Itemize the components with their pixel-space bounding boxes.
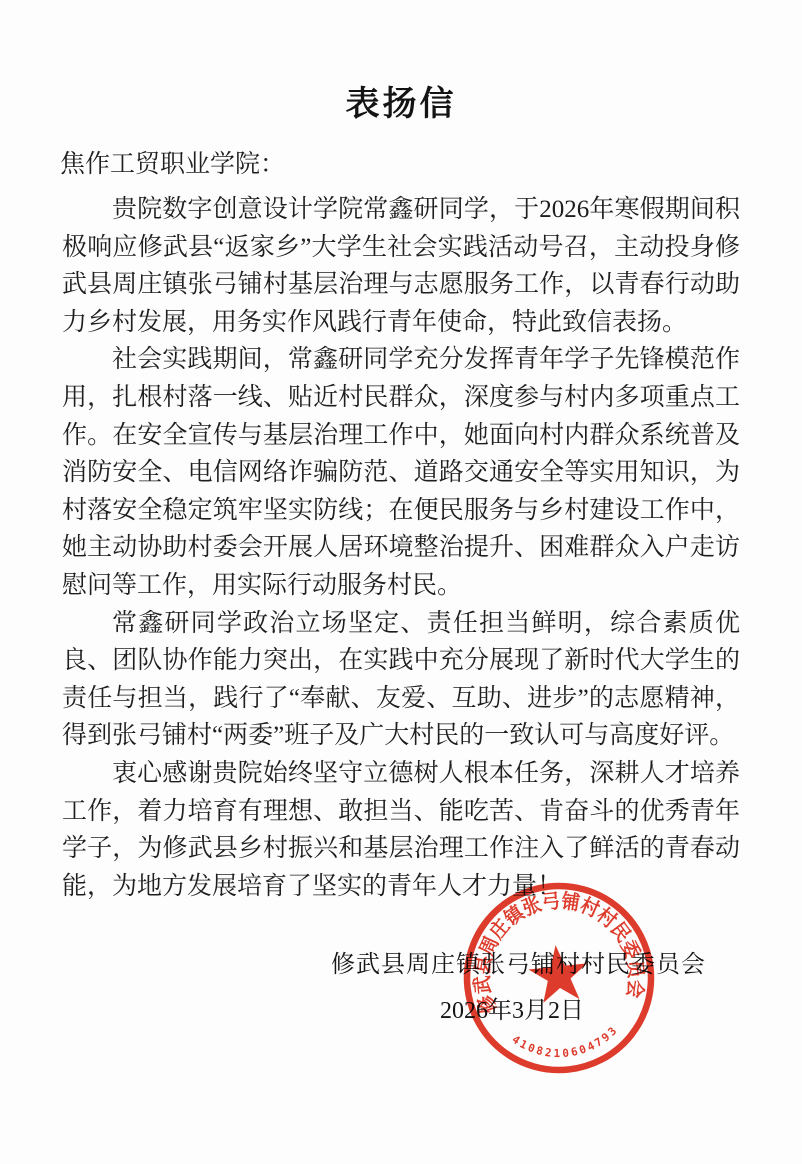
letter-title: 表扬信 (0, 0, 802, 125)
letter-paragraph: 衷心感谢贵院始终坚守立德树人根本任务，深耕人才培养工作，着力培育有理想、敢担当、… (62, 755, 740, 905)
signature-organization: 修武县周庄镇张弓铺村村民委员会 (331, 944, 706, 979)
commendation-letter-page: 表扬信 焦作工贸职业学院： 贵院数字创意设计学院常鑫研同学，于2026年寒假期间… (0, 0, 802, 1164)
letter-paragraph: 贵院数字创意设计学院常鑫研同学，于2026年寒假期间积极响应修武县“返家乡”大学… (62, 191, 740, 341)
signature-date: 2026年3月2日 (440, 990, 584, 1025)
letter-salutation: 焦作工贸职业学院： (60, 147, 742, 183)
letter-paragraph: 常鑫研同学政治立场坚定、责任担当鲜明，综合素质优良、团队协作能力突出，在实践中充… (62, 605, 740, 755)
letter-paragraph: 社会实践期间，常鑫研同学充分发挥青年学子先锋模范作用，扎根村落一线、贴近村民群众… (62, 341, 740, 604)
letter-body: 贵院数字创意设计学院常鑫研同学，于2026年寒假期间积极响应修武县“返家乡”大学… (0, 191, 802, 905)
seal-number: 4108210604793 (508, 1022, 623, 1066)
